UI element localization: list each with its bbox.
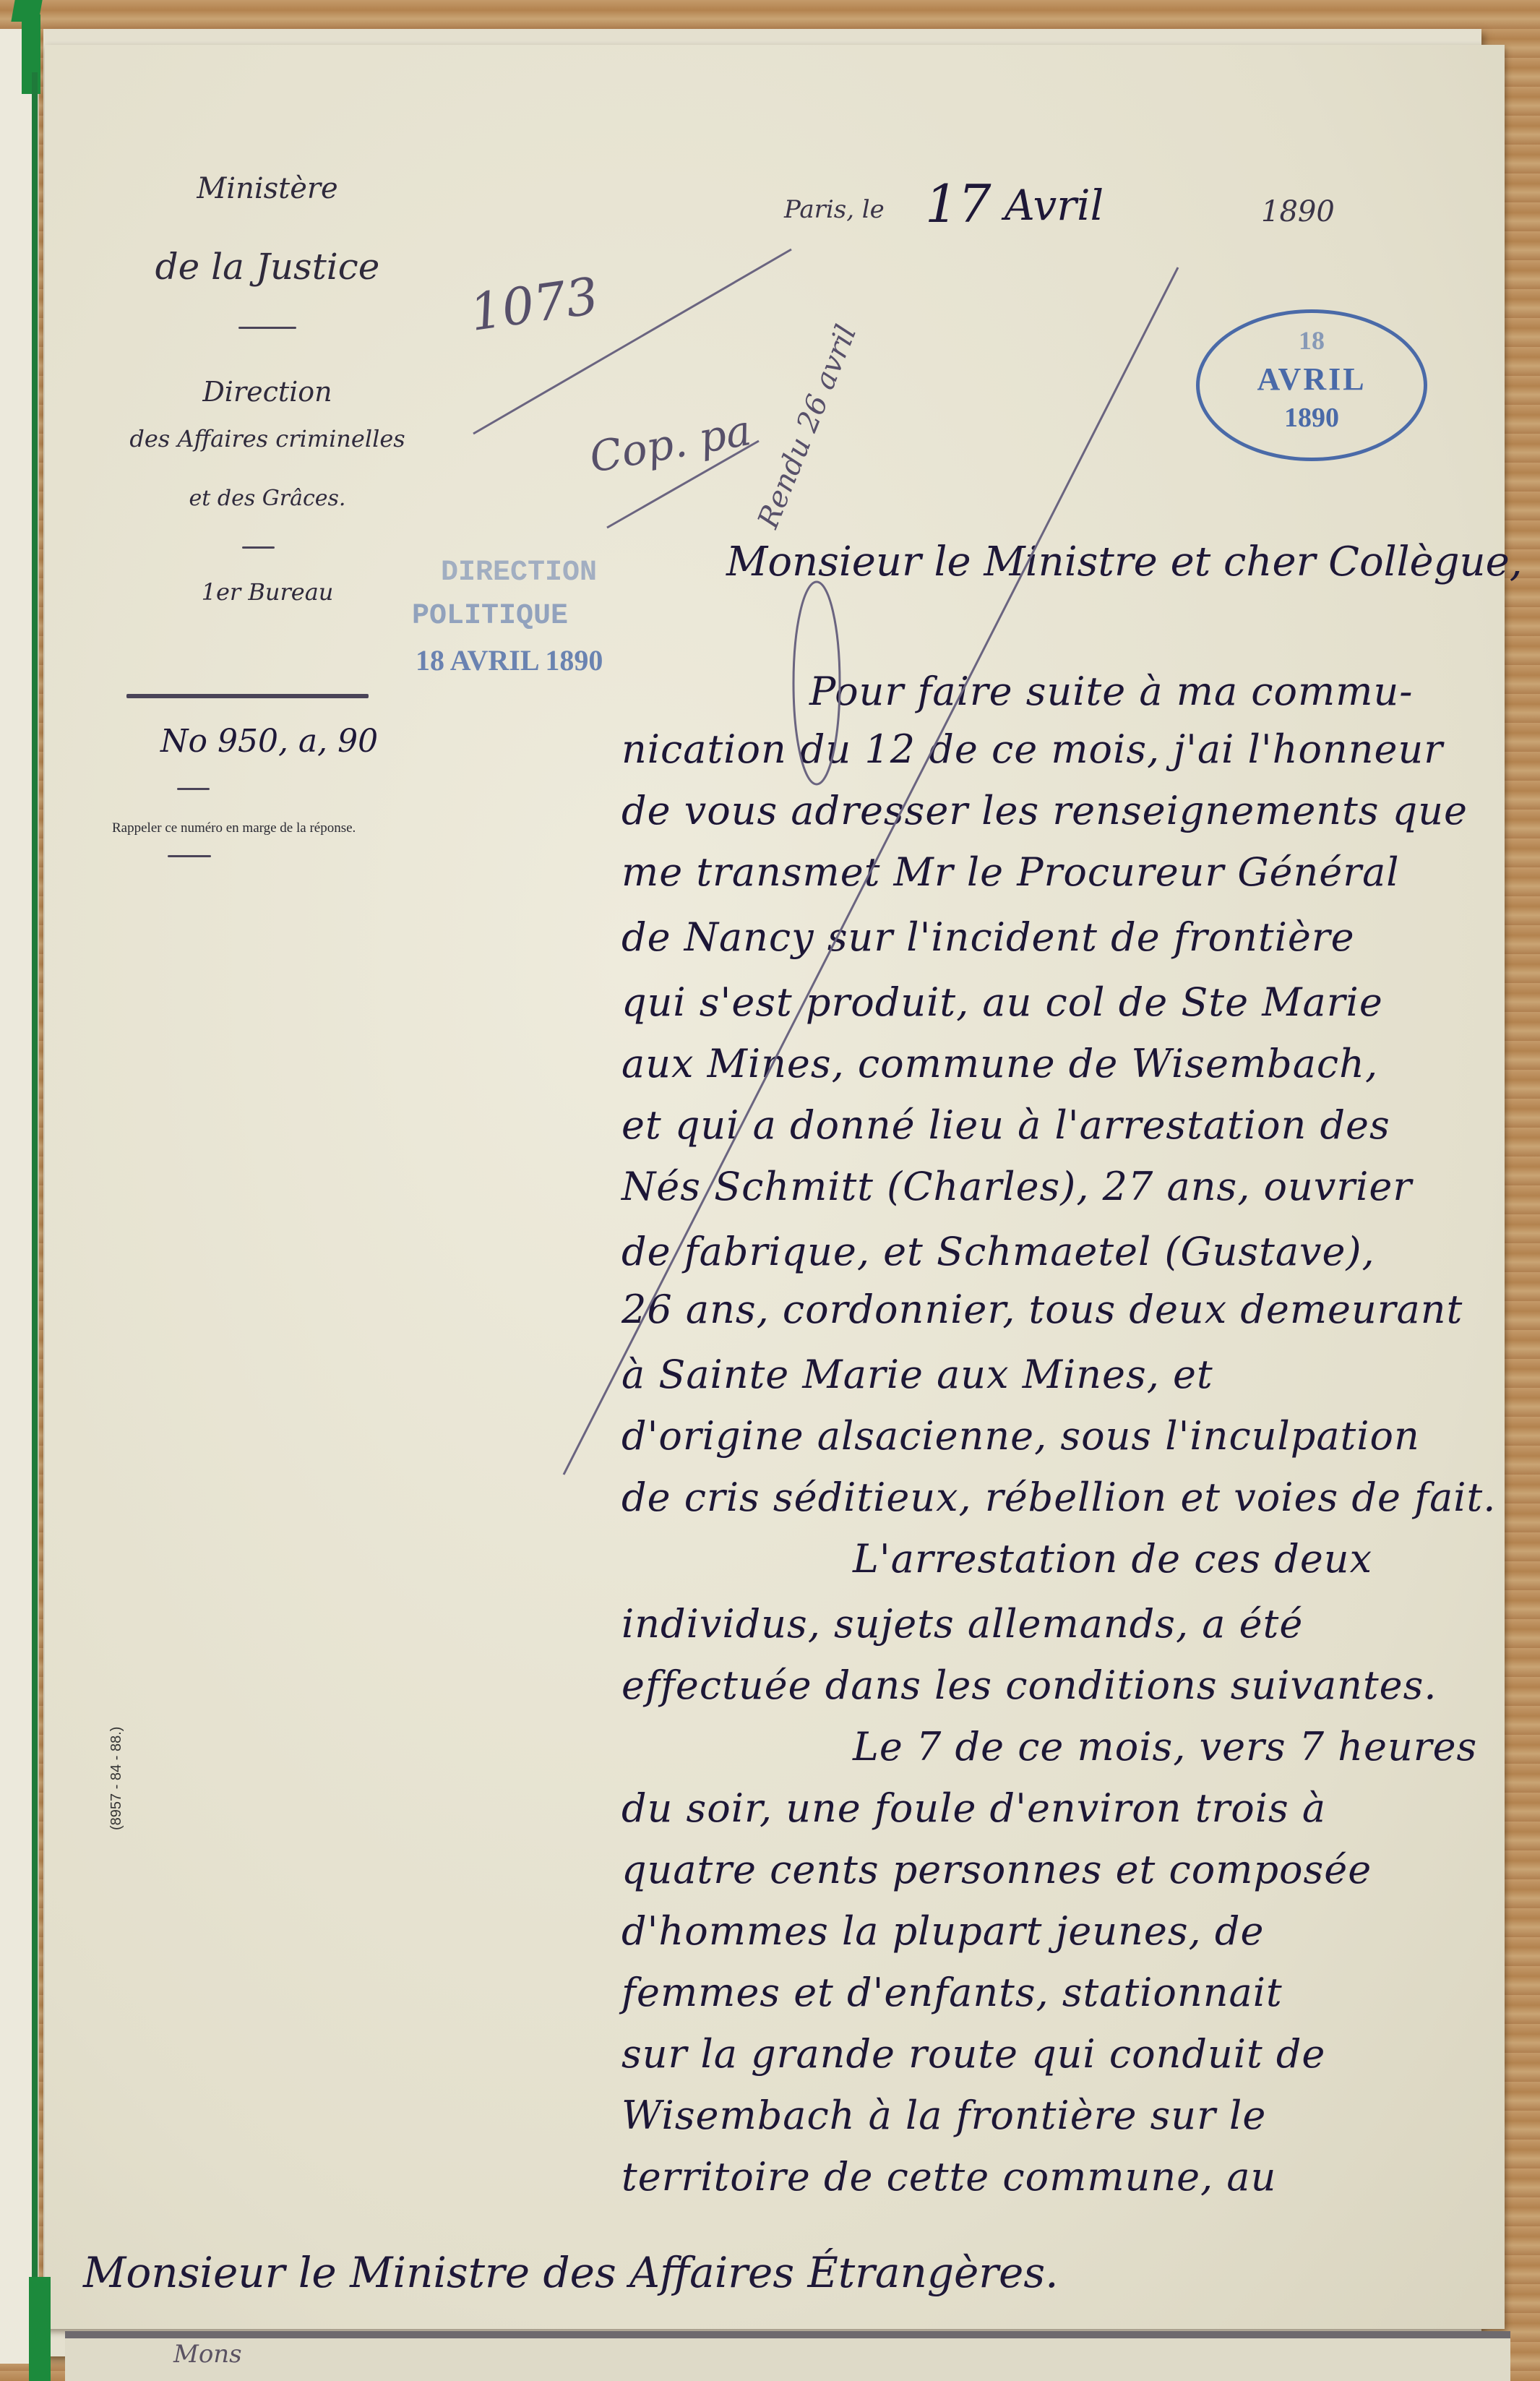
- salutation: Monsieur le Ministre et cher Collègue,: [726, 539, 1523, 585]
- binding-ribbon-strip: [32, 72, 38, 2284]
- body-line: femmes et d'enfants, stationnait: [621, 1970, 1283, 2015]
- reply-reference-note: Rappeler ce numéro en marge de la répons…: [112, 820, 356, 836]
- body-line: d'origine alsacienne, sous l'inculpation: [621, 1413, 1420, 1459]
- addressee-line: Monsieur le Ministre des Affaires Étrang…: [83, 2248, 1059, 2297]
- date-day: 17: [925, 173, 991, 234]
- body-line: et qui a donné lieu à l'arrestation des: [621, 1102, 1390, 1148]
- body-line: de vous adresser les renseignements que: [621, 788, 1468, 833]
- body-line: 26 ans, cordonnier, tous deux demeurant: [621, 1287, 1463, 1332]
- letterhead-direction: Direction: [87, 376, 448, 408]
- body-line: L'arrestation de ces deux: [853, 1536, 1372, 1582]
- oval-received-stamp: 18 AVRIL 1890: [1196, 309, 1427, 461]
- body-line: effectuée dans les conditions suivantes.: [621, 1663, 1437, 1708]
- body-line: du soir, une foule d'environ trois à: [621, 1785, 1326, 1831]
- letterhead-divider-thick: [126, 694, 369, 698]
- reference-number: No 950, a, 90: [160, 723, 378, 760]
- letterhead-affaires-criminelles: des Affaires criminelles: [87, 425, 448, 452]
- body-line: quatre cents personnes et composée: [621, 1847, 1372, 1892]
- date-place: Paris, le: [784, 195, 885, 224]
- letterhead-de-la-justice: de la Justice: [87, 246, 448, 288]
- body-line: aux Mines, commune de Wisembach,: [621, 1041, 1378, 1086]
- binding-ribbon-knot: [22, 14, 40, 94]
- letterhead-divider: [242, 546, 275, 549]
- letterhead-divider: [177, 788, 210, 790]
- body-line: Nés Schmitt (Charles), 27 ans, ouvrier: [621, 1164, 1412, 1209]
- body-line: sur la grande route qui conduit de: [621, 2031, 1325, 2077]
- body-line: Wisembach à la frontière sur le: [621, 2093, 1266, 2138]
- printer-mark: (8957 - 84 - 88.): [108, 1727, 125, 1830]
- body-line: d'hommes la plupart jeunes, de: [621, 1908, 1264, 1954]
- next-sheet-edge: Mons: [65, 2331, 1510, 2381]
- body-line: Pour faire suite à ma commu-: [809, 669, 1414, 714]
- body-line: de cris séditieux, rébellion et voies de…: [621, 1475, 1496, 1520]
- next-sheet-text: Mons: [173, 2340, 242, 2369]
- body-line: territoire de cette commune, au: [621, 2154, 1276, 2200]
- date-month: Avril: [1005, 181, 1104, 230]
- date-year: 1890: [1261, 195, 1335, 228]
- binding-ribbon-bottom: [29, 2277, 51, 2381]
- body-line: nication du 12 de ce mois, j'ai l'honneu…: [621, 726, 1443, 772]
- letterhead-divider: [168, 855, 211, 857]
- stamp-date: 18 AVRIL 1890: [416, 643, 603, 677]
- letterhead-bureau: 1er Bureau: [87, 578, 448, 606]
- body-line: me transmet Mr le Procureur Général: [621, 849, 1400, 895]
- body-line: Le 7 de ce mois, vers 7 heures: [853, 1724, 1477, 1769]
- body-line: de Nancy sur l'incident de frontière: [621, 914, 1355, 960]
- letterhead-divider: [238, 327, 296, 329]
- body-line: qui s'est produit, au col de Ste Marie: [621, 979, 1383, 1025]
- oval-stamp-day: 18: [1200, 327, 1424, 353]
- body-line: de fabrique, et Schmaetel (Gustave),: [621, 1229, 1375, 1274]
- oval-stamp-year: 1890: [1200, 404, 1424, 432]
- oval-stamp-month: AVRIL: [1200, 364, 1424, 395]
- body-line: à Sainte Marie aux Mines, et: [621, 1352, 1213, 1397]
- letterhead-ministere: Ministère: [87, 172, 448, 205]
- body-line: individus, sujets allemands, a été: [621, 1601, 1303, 1647]
- letterhead-graces: et des Grâces.: [87, 486, 448, 511]
- stamp-direction: DIRECTION: [441, 557, 597, 589]
- stamp-politique: POLITIQUE: [412, 600, 568, 632]
